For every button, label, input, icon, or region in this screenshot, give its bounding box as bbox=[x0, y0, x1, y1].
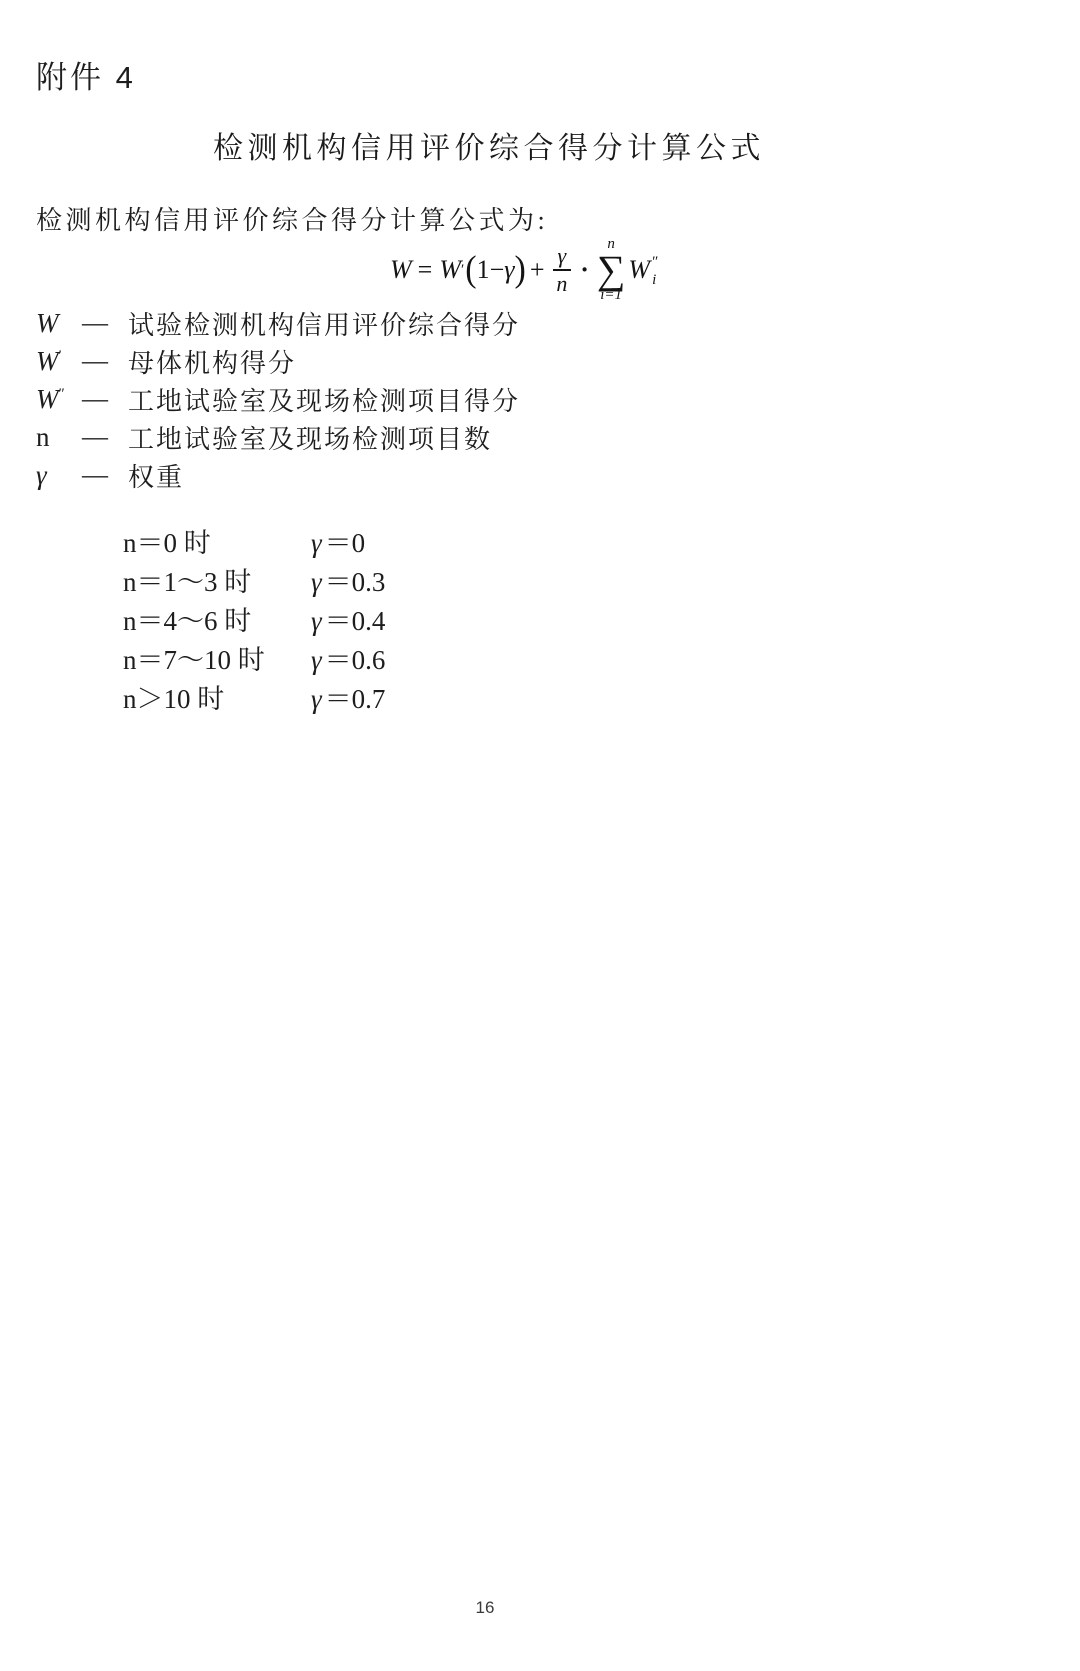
formula-term1-base: W bbox=[439, 255, 461, 285]
gamma-weight-table: n＝0 时 γ＝0 n＝1～3 时 γ＝0.3 n＝4～6 时 γ＝0.4 n＝… bbox=[123, 521, 385, 716]
page-number: 16 bbox=[0, 1598, 970, 1618]
value-cell: γ＝0.7 bbox=[311, 677, 385, 716]
definition-symbol: γ bbox=[36, 460, 82, 491]
definition-dash: — bbox=[82, 308, 108, 338]
formula-dot-operator: · bbox=[580, 255, 589, 285]
condition-cell: n＝1～3 时 bbox=[123, 560, 311, 599]
definition-row: γ — 权重 bbox=[36, 456, 520, 494]
definition-text: 母体机构得分 bbox=[128, 343, 296, 380]
definition-symbol: W″ bbox=[36, 384, 82, 415]
score-formula: W = W ′ ( 1− γ ) + γ n · n ∑ i=1 W ″ i bbox=[390, 236, 658, 303]
table-row: n＝4～6 时 γ＝0.4 bbox=[123, 599, 385, 638]
term2-superscript: ″ bbox=[652, 254, 658, 271]
intro-text: 检测机构信用评价综合得分计算公式为: bbox=[36, 200, 548, 237]
formula-plus: + bbox=[530, 255, 545, 285]
definition-row: W′ — 母体机构得分 bbox=[36, 342, 520, 380]
definition-symbol: W′ bbox=[36, 346, 82, 377]
definition-row: n — 工地试验室及现场检测项目数 bbox=[36, 418, 520, 456]
definition-row: W″ — 工地试验室及现场检测项目得分 bbox=[36, 380, 520, 418]
document-page: 附件 4 检测机构信用评价综合得分计算公式 检测机构信用评价综合得分计算公式为:… bbox=[0, 0, 1080, 1671]
definition-text: 权重 bbox=[128, 457, 184, 494]
fraction-denominator: n bbox=[556, 271, 567, 296]
formula-term2-base: W bbox=[628, 255, 650, 285]
page-title: 检测机构信用评价综合得分计算公式 bbox=[0, 123, 978, 167]
formula-gamma: γ bbox=[504, 255, 514, 285]
condition-cell: n＞10 时 bbox=[123, 677, 311, 716]
formula-summation: n ∑ i=1 bbox=[597, 236, 626, 303]
definition-dash: — bbox=[82, 422, 108, 452]
formula-lhs: W bbox=[390, 255, 412, 285]
condition-cell: n＝7～10 时 bbox=[123, 638, 311, 677]
condition-cell: n＝0 时 bbox=[123, 521, 311, 560]
definition-symbol: W bbox=[36, 308, 82, 339]
value-cell: γ＝0.4 bbox=[311, 599, 385, 638]
definition-symbol: n bbox=[36, 422, 82, 453]
formula-term2-scripts: ″ i bbox=[652, 254, 658, 289]
table-row: n＝0 时 γ＝0 bbox=[123, 521, 385, 560]
value-cell: γ＝0 bbox=[311, 521, 365, 560]
formula-fraction: γ n bbox=[553, 243, 572, 297]
table-row: n＝7～10 时 γ＝0.6 bbox=[123, 638, 385, 677]
value-cell: γ＝0.6 bbox=[311, 638, 385, 677]
formula-one-minus: 1− bbox=[477, 255, 505, 285]
definition-text: 工地试验室及现场检测项目数 bbox=[128, 419, 492, 456]
formula-paren-close: ) bbox=[515, 251, 526, 288]
condition-cell: n＝4～6 时 bbox=[123, 599, 311, 638]
definition-row: W — 试验检测机构信用评价综合得分 bbox=[36, 304, 520, 342]
summation-lower-limit: i=1 bbox=[600, 287, 622, 304]
fraction-numerator: γ bbox=[553, 243, 572, 271]
definition-dash: — bbox=[82, 346, 108, 376]
formula-paren-open: ( bbox=[465, 251, 476, 288]
formula-equals: = bbox=[418, 255, 433, 285]
table-row: n＝1～3 时 γ＝0.3 bbox=[123, 560, 385, 599]
definition-dash: — bbox=[82, 460, 108, 490]
definitions-list: W — 试验检测机构信用评价综合得分 W′ — 母体机构得分 W″ — 工地试验… bbox=[36, 304, 520, 494]
value-cell: γ＝0.3 bbox=[311, 560, 385, 599]
definition-dash: — bbox=[82, 384, 108, 414]
sigma-symbol: ∑ bbox=[597, 253, 626, 287]
attachment-label: 附件 4 bbox=[36, 52, 136, 97]
definition-text: 试验检测机构信用评价综合得分 bbox=[128, 305, 520, 342]
table-row: n＞10 时 γ＝0.7 bbox=[123, 677, 385, 716]
definition-text: 工地试验室及现场检测项目得分 bbox=[128, 381, 520, 418]
term2-subscript: i bbox=[652, 272, 656, 289]
